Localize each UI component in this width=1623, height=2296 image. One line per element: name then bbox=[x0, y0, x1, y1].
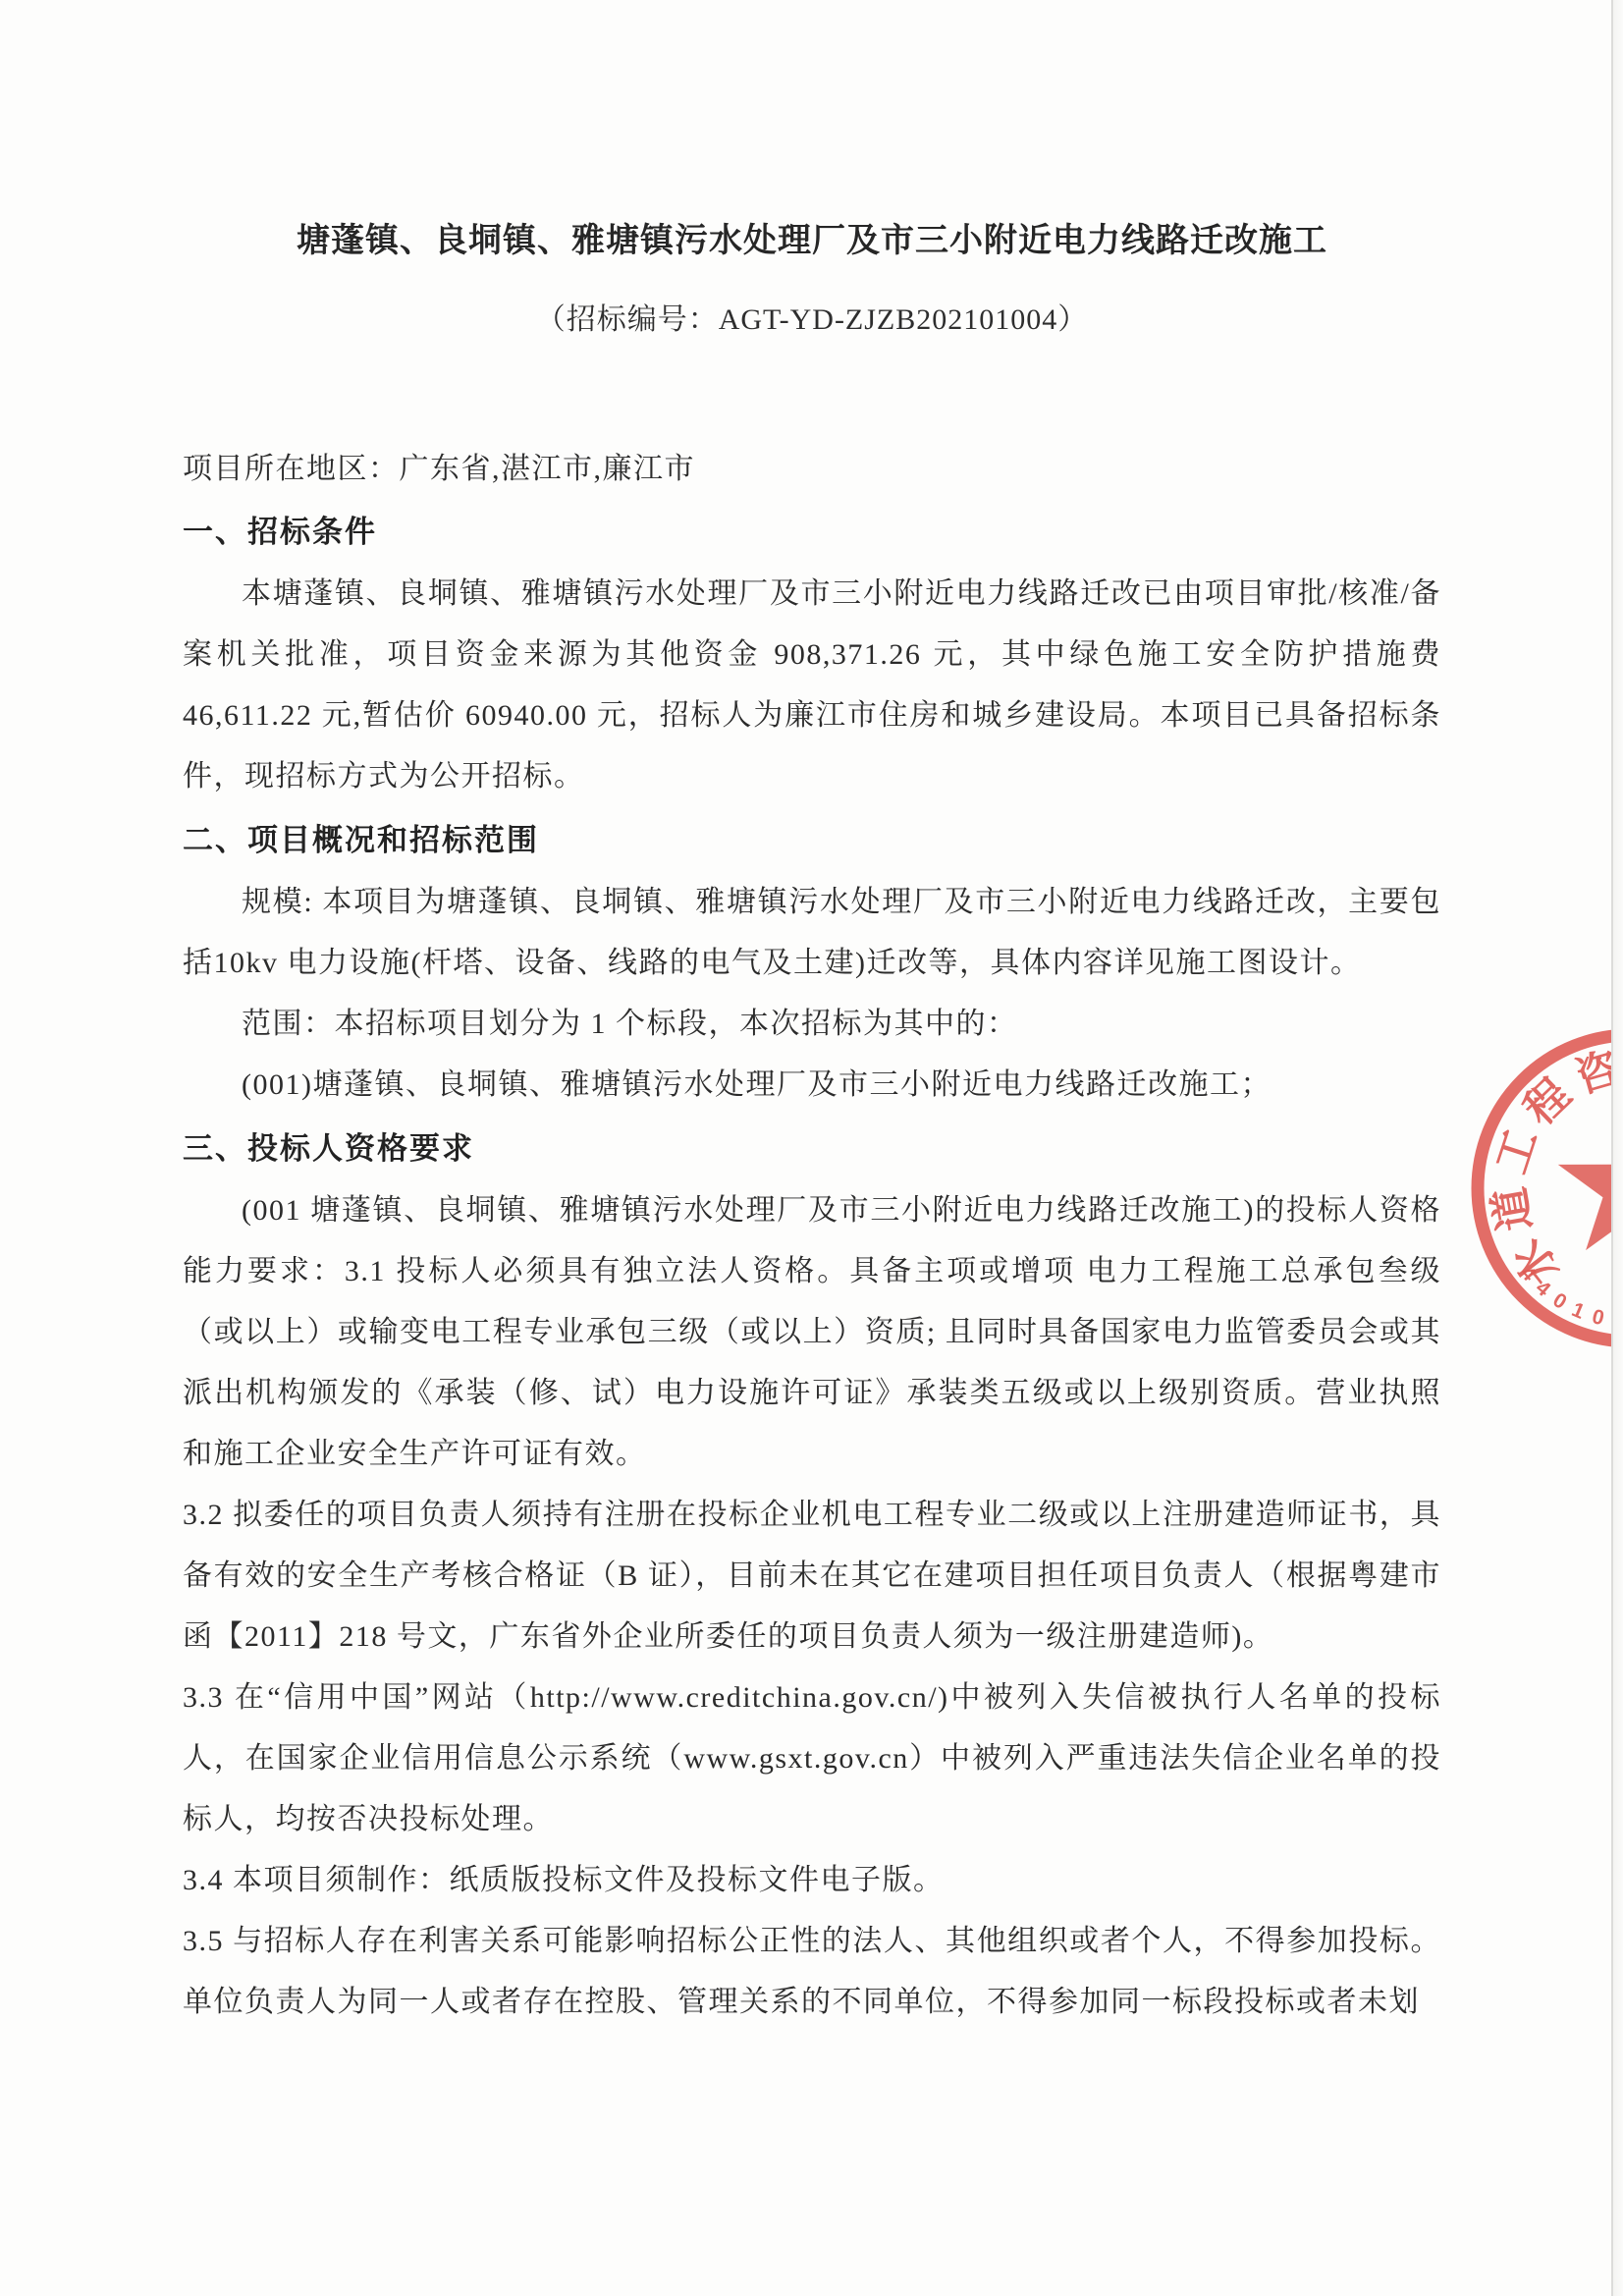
section-heading-tender-conditions: 一、招标条件 bbox=[183, 501, 1441, 564]
seal-serial-digit-4: 1 bbox=[1568, 1298, 1589, 1324]
tender-conditions-paragraph: 本塘蓬镇、良垌镇、雅塘镇污水处理厂及市三小附近电力线路迁改已由项目审批/核准/备… bbox=[183, 564, 1441, 807]
scanned-tender-document-page: 塘蓬镇、良垌镇、雅塘镇污水处理厂及市三小附近电力线路迁改施工 （招标编号：AGT… bbox=[0, 0, 1623, 2296]
bid-section-001-paragraph: (001)塘蓬镇、良垌镇、雅塘镇污水处理厂及市三小附近电力线路迁改施工； bbox=[183, 1055, 1441, 1116]
qualification-3-2-paragraph: 3.2 拟委任的项目负责人须持有注册在投标企业机电工程专业二级或以上注册建造师证… bbox=[183, 1485, 1441, 1667]
document-title: 塘蓬镇、良垌镇、雅塘镇污水处理厂及市三小附近电力线路迁改施工 bbox=[183, 218, 1441, 265]
page-edge-strip bbox=[1613, 0, 1623, 2296]
qualification-3-4-paragraph: 3.4 本项目须制作：纸质版投标文件及投标文件电子版。 bbox=[183, 1850, 1441, 1911]
document-body: 塘蓬镇、良垌镇、雅塘镇污水处理厂及市三小附近电力线路迁改施工 （招标编号：AGT… bbox=[183, 218, 1441, 2033]
section-heading-bidder-qualification: 三、投标人资格要求 bbox=[183, 1118, 1441, 1180]
qualification-3-3-paragraph: 3.3 在“信用中国”网站（http://www.creditchina.gov… bbox=[183, 1667, 1441, 1850]
seal-char-dao: 道 bbox=[1486, 1183, 1541, 1234]
project-scale-paragraph: 规模: 本项目为塘蓬镇、良垌镇、雅塘镇污水处理厂及市三小附近电力线路迁改，主要包… bbox=[183, 872, 1441, 994]
qualification-3-1-paragraph: (001 塘蓬镇、良垌镇、雅塘镇污水处理厂及市三小附近电力线路迁改施工)的投标人… bbox=[183, 1180, 1441, 1485]
tender-number: （招标编号：AGT-YD-ZJZB202101004） bbox=[183, 297, 1441, 344]
red-company-seal-stamp: 水 道 工 程 咨 4 4 0 1 0 6 bbox=[1395, 953, 1623, 1424]
seal-char-gong: 工 bbox=[1488, 1123, 1546, 1179]
qualification-3-5-paragraph: 3.5 与招标人存在利害关系可能影响招标公正性的法人、其他组织或者个人，不得参加… bbox=[183, 1911, 1441, 2033]
seal-serial-digit-3: 0 bbox=[1548, 1288, 1571, 1314]
project-location-line: 项目所在地区：广东省,湛江市,廉江市 bbox=[183, 450, 1441, 489]
seal-serial-digit-5: 0 bbox=[1590, 1305, 1607, 1330]
tender-scope-paragraph: 范围：本招标项目划分为 1 个标段，本次招标为其中的： bbox=[183, 994, 1441, 1055]
section-heading-project-overview: 二、项目概况和招标范围 bbox=[183, 809, 1441, 872]
